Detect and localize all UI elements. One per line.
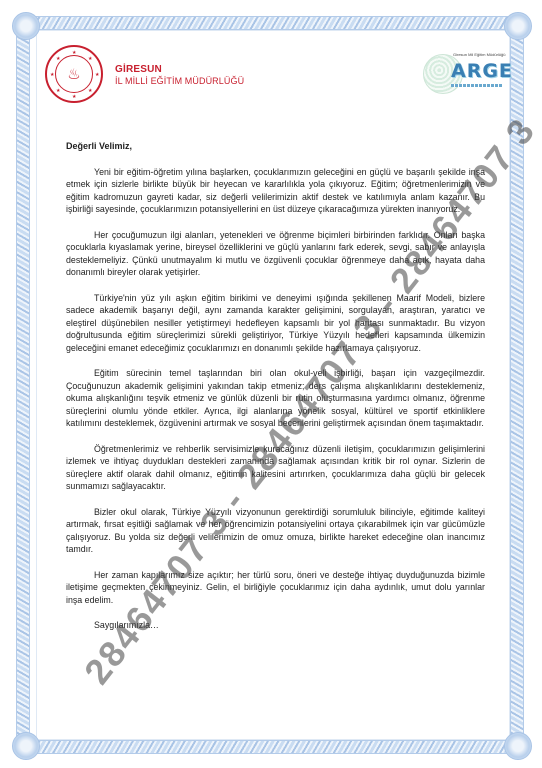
paragraph: Her zaman kapılarımız size açıktır; her …	[66, 569, 485, 607]
department-name: İL MİLLİ EĞİTİM MÜDÜRLÜĞÜ	[115, 76, 244, 86]
rope-border-right	[510, 22, 524, 750]
rope-knot-icon	[12, 732, 40, 760]
city-name: GİRESUN	[115, 64, 244, 75]
paragraph: Eğitim sürecinin temel taşlarından biri …	[66, 367, 485, 430]
rope-knot-icon	[504, 732, 532, 760]
rope-knot-icon	[504, 12, 532, 40]
paragraph: Öğretmenlerimiz ve rehberlik servisimizl…	[66, 443, 485, 493]
closing: Saygılarımızla…	[94, 619, 485, 632]
organization-name: GİRESUN İL MİLLİ EĞİTİM MÜDÜRLÜĞÜ	[115, 64, 244, 86]
arge-underline	[451, 84, 503, 87]
arge-wordmark: ARGE	[451, 60, 513, 82]
arge-caption: Giresun Mil Eğitim Müdürlüğü	[453, 52, 505, 57]
letter-page: ★ ★ ★ ★ ★ ★ ★ ★ ♨ GİRESUN İL MİLLİ EĞİTİ…	[0, 0, 542, 768]
salutation: Değerli Velimiz,	[66, 140, 485, 153]
ministry-emblem-icon: ★ ★ ★ ★ ★ ★ ★ ★ ♨	[45, 45, 103, 103]
rope-border-top	[22, 16, 520, 30]
rope-border-bottom	[22, 740, 520, 754]
paragraph: Her çocuğumuzun ilgi alanları, yetenekle…	[66, 229, 485, 279]
rope-knot-icon	[12, 12, 40, 40]
letter-body: Değerli Velimiz, Yeni bir eğitim-öğretim…	[66, 140, 485, 632]
paragraph: Yeni bir eğitim-öğretim yılına başlarken…	[66, 166, 485, 216]
arge-logo: Giresun Mil Eğitim Müdürlüğü ARGE	[423, 48, 505, 96]
rope-border-left	[16, 22, 30, 750]
emblem-stars: ★ ★ ★ ★ ★ ★ ★ ★	[47, 47, 101, 101]
paragraph: Bizler okul olarak, Türkiye Yüzyılı vizy…	[66, 506, 485, 556]
paragraph: Türkiye'nin yüz yılı aşkın eğitim biriki…	[66, 292, 485, 355]
